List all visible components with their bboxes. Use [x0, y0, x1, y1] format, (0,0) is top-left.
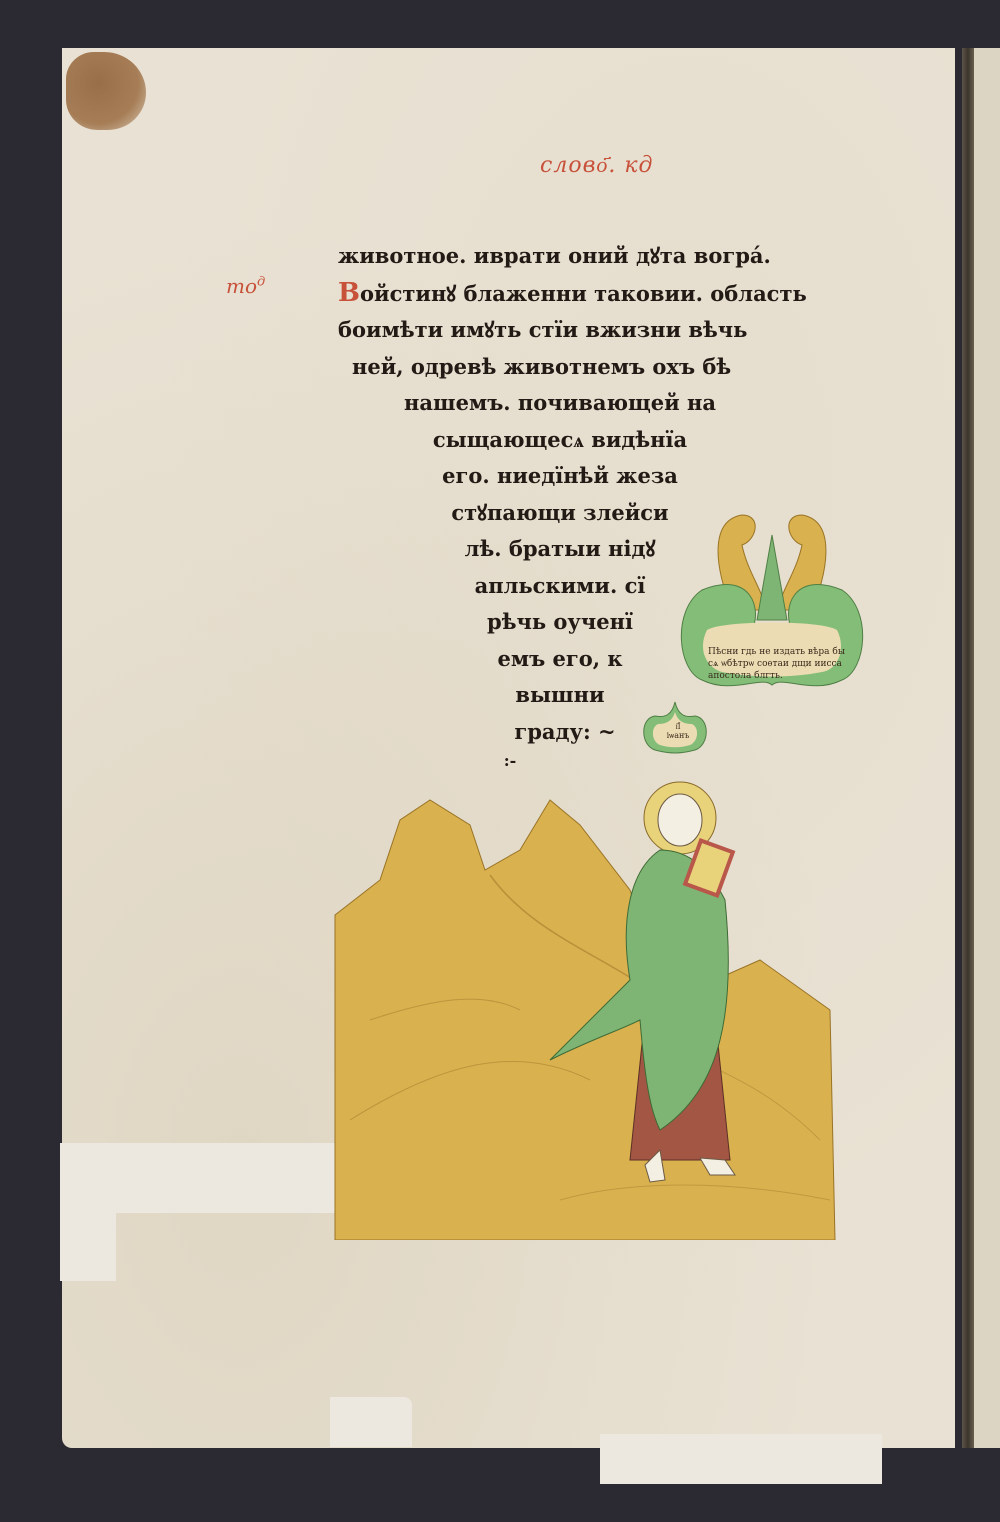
text-line: Войстинꙋ блаженни таковии. область [300, 275, 860, 313]
text-line: граду: ~ [300, 714, 860, 751]
red-initial: В [338, 278, 360, 308]
text-line: сыщающесѧ видѣнїа [300, 422, 860, 459]
repair-patch [60, 1205, 116, 1281]
repair-patch [60, 1143, 335, 1213]
book-spine-gutter [962, 48, 974, 1448]
cartouche-line: Пѣсни гдь не издать вѣра бы [708, 646, 858, 658]
facing-page-edge [974, 48, 1000, 1448]
margin-note: тод [226, 274, 265, 298]
figure-label-name: іѡанъ [658, 731, 698, 740]
figure-label-number: і҃ӏ [658, 722, 698, 731]
illustration-panel [330, 780, 840, 1240]
cartouche-line: сѧ ѡбѣтрѡ соѳтаи дщи иисса [708, 658, 858, 670]
figure-label-text: і҃ӏ іѡанъ [658, 722, 698, 740]
text-line-rest: ойстинꙋ блаженни таковии. область [360, 281, 807, 306]
margin-note-text: то [226, 274, 257, 298]
cartouche-line: апостола блгть. [708, 670, 858, 682]
water-stain [66, 52, 146, 130]
text-line: нашемъ. почивающей на [300, 385, 860, 422]
repair-patch [330, 1397, 412, 1447]
mountain-landscape [330, 780, 840, 1240]
closing-marks: :- [300, 750, 860, 772]
text-line: боимѣти имꙋть стїи вжизни вѣчь [300, 312, 860, 349]
text-line: ней, одревѣ животнемъ охъ бѣ [300, 349, 860, 386]
text-line: животное. иврати оний дꙋта вогра́. [300, 238, 860, 275]
repair-patch [600, 1434, 882, 1484]
text-line: его. ниедїнѣй жеза [300, 458, 860, 495]
margin-note-superscript: д [257, 274, 265, 289]
cartouche-text: Пѣсни гдь не издать вѣра бы сѧ ѡбѣтрѡ со… [708, 646, 858, 682]
page-header: слово҃. кд [540, 152, 653, 178]
